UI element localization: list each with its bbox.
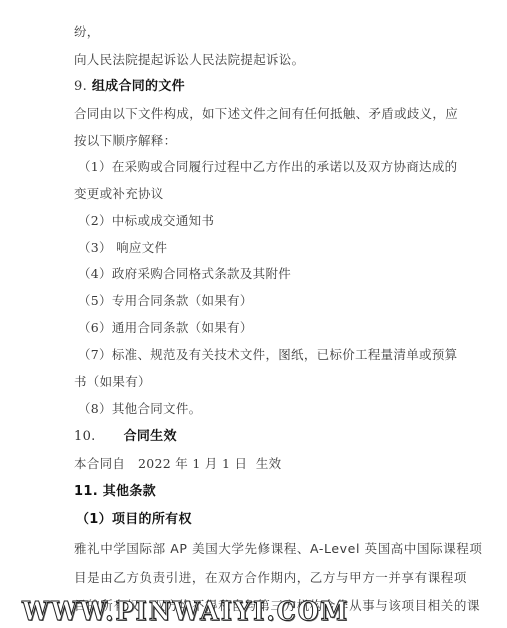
section-number: 9.	[74, 79, 87, 94]
list-item-5: （5）专用合同条款（如果有）	[78, 293, 253, 309]
text-line: 合同由以下文件构成，如下述文件之间有任何抵触、矛盾或歧义，应	[74, 106, 458, 122]
text-line: 目是由乙方负责引进，在双方合作期内，乙方与甲方一并享有课程项	[74, 570, 467, 586]
section-number: 10.	[74, 429, 96, 444]
list-item-7: （7）标准、规范及有关技术文件，图纸，已标价工程量清单或预算	[78, 347, 457, 363]
effective-date-line: 本合同自 2022 年 1 月 1 日 生效	[74, 456, 281, 472]
section-title: 组成合同的文件	[92, 79, 185, 94]
text-line-dispute-end: 纷，	[74, 24, 100, 40]
subsection-heading-ownership: （1）项目的所有权	[76, 512, 192, 528]
section-heading-11: 11. 其他条款	[74, 484, 156, 500]
text-line: 雅礼中学国际部 AP 美国大学先修课程、A-Level 英国高中国际课程项	[74, 541, 483, 557]
list-item-8: （8）其他合同文件。	[78, 401, 201, 417]
list-item-6: （6）通用合同条款（如果有）	[78, 320, 253, 336]
section-heading-10: 10.合同生效	[74, 429, 177, 445]
list-item-3: （3） 响应文件	[78, 240, 167, 256]
list-item-7-continued: 书（如果有）	[74, 374, 151, 390]
list-item-2: （2）中标或成交通知书	[78, 213, 214, 229]
watermark: WWW.PINWAIYI.COM	[22, 595, 349, 627]
section-title: 合同生效	[124, 429, 177, 444]
list-item-1-continued: 变更或补充协议	[74, 186, 164, 202]
document-page: 纷， 向人民法院提起诉讼人民法院提起诉讼。 9. 组成合同的文件 合同由以下文件…	[0, 0, 507, 628]
section-heading-9: 9. 组成合同的文件	[74, 79, 185, 95]
text-line: 按以下顺序解释：	[74, 133, 176, 149]
list-item-4: （4）政府采购合同格式条款及其附件	[78, 266, 291, 282]
list-item-1: （1）在采购或合同履行过程中乙方作出的承诺以及双方协商达成的	[78, 159, 457, 175]
text-line-court: 向人民法院提起诉讼人民法院提起诉讼。	[74, 52, 304, 68]
